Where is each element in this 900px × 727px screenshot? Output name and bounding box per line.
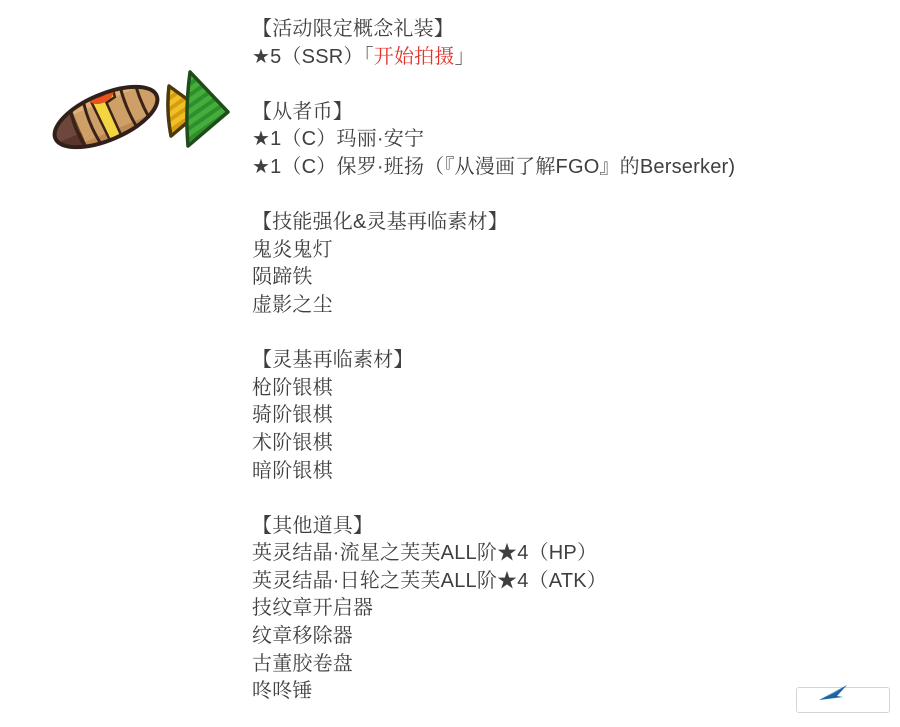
cigar-item-icon (44, 74, 168, 160)
reward-list: 【活动限定概念礼装】★5（SSR）「开始拍摄」【从者币】★1（C）玛丽·安宁★1… (252, 16, 872, 706)
text-segment: 纹章移除器 (252, 625, 353, 647)
text-line: 纹章移除器 (252, 623, 872, 651)
section-other-items: 【其他道具】英灵结晶·流星之芙芙ALL阶★4（HP）英灵结晶·日轮之芙芙ALL阶… (252, 513, 872, 706)
text-line: 英灵结晶·日轮之芙芙ALL阶★4（ATK） (252, 568, 872, 596)
text-segment: 英灵结晶·日轮之芙芙ALL阶★4（ATK） (252, 570, 607, 592)
text-line: 术阶银棋 (252, 430, 872, 458)
fast-forward-arrow-icon (162, 68, 232, 150)
text-line: 【灵基再临素材】 (252, 347, 872, 375)
text-segment: 【其他道具】 (252, 515, 373, 537)
text-segment: 鬼炎鬼灯 (252, 239, 333, 261)
text-segment: 陨蹄铁 (252, 266, 313, 288)
text-segment: 【活动限定概念礼装】 (252, 18, 454, 40)
text-segment: 【灵基再临素材】 (252, 349, 414, 371)
text-segment: 英灵结晶·流星之芙芙ALL阶★4（HP） (252, 542, 597, 564)
section-ascension-materials: 【灵基再临素材】枪阶银棋骑阶银棋术阶银棋暗阶银棋 (252, 347, 872, 485)
text-line: 鬼炎鬼灯 (252, 237, 872, 265)
text-line: 咚咚锤 (252, 678, 872, 706)
text-line: 英灵结晶·流星之芙芙ALL阶★4（HP） (252, 540, 872, 568)
text-line: 【从者币】 (252, 99, 872, 127)
text-line: 【活动限定概念礼装】 (252, 16, 872, 44)
text-segment: 术阶银棋 (252, 432, 333, 454)
cursor-arrow-icon (817, 684, 851, 702)
text-segment: ★1（C）保罗·班扬（『从漫画了解FGO』的Berserker) (252, 156, 735, 178)
text-segment: ★5（SSR）「 (252, 46, 374, 68)
text-segment: 骑阶银棋 (252, 404, 333, 426)
text-line: 技纹章开启器 (252, 595, 872, 623)
text-segment: 枪阶银棋 (252, 377, 333, 399)
text-segment: 」 (455, 46, 475, 68)
text-segment: 虚影之尘 (252, 294, 333, 316)
text-segment: 【从者币】 (252, 101, 353, 123)
floating-widget[interactable] (796, 687, 890, 713)
section-servant-coins: 【从者币】★1（C）玛丽·安宁★1（C）保罗·班扬（『从漫画了解FGO』的Ber… (252, 99, 872, 182)
text-line: 【技能强化&灵基再临素材】 (252, 209, 872, 237)
text-line: ★1（C）保罗·班扬（『从漫画了解FGO』的Berserker) (252, 154, 872, 182)
text-segment: 咚咚锤 (252, 680, 313, 702)
section-event-limited-ce: 【活动限定概念礼装】★5（SSR）「开始拍摄」 (252, 16, 872, 71)
section-skill-and-ascension-materials: 【技能强化&灵基再临素材】鬼炎鬼灯陨蹄铁虚影之尘 (252, 209, 872, 319)
text-line: 枪阶银棋 (252, 375, 872, 403)
text-line: 【其他道具】 (252, 513, 872, 541)
text-line: 骑阶银棋 (252, 402, 872, 430)
text-segment: 古董胶卷盘 (252, 653, 353, 675)
article-page: 【活动限定概念礼装】★5（SSR）「开始拍摄」【从者币】★1（C）玛丽·安宁★1… (0, 0, 900, 727)
text-line: ★1（C）玛丽·安宁 (252, 126, 872, 154)
highlighted-link-text[interactable]: 开始拍摄 (374, 46, 455, 68)
text-segment: 暗阶银棋 (252, 460, 333, 482)
text-segment: 【技能强化&灵基再临素材】 (252, 211, 508, 233)
text-line: 陨蹄铁 (252, 264, 872, 292)
text-segment: 技纹章开启器 (252, 597, 373, 619)
text-line: ★5（SSR）「开始拍摄」 (252, 44, 872, 72)
text-line: 暗阶银棋 (252, 458, 872, 486)
text-line: 古董胶卷盘 (252, 651, 872, 679)
text-segment: ★1（C）玛丽·安宁 (252, 128, 424, 150)
item-icons (44, 68, 234, 158)
text-line: 虚影之尘 (252, 292, 872, 320)
